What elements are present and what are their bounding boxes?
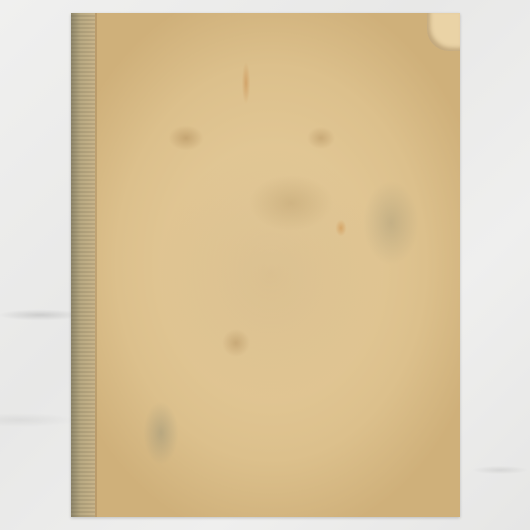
spine-crease [95,13,97,517]
parchment-sheet [71,13,460,517]
cloth-spine [71,13,95,517]
